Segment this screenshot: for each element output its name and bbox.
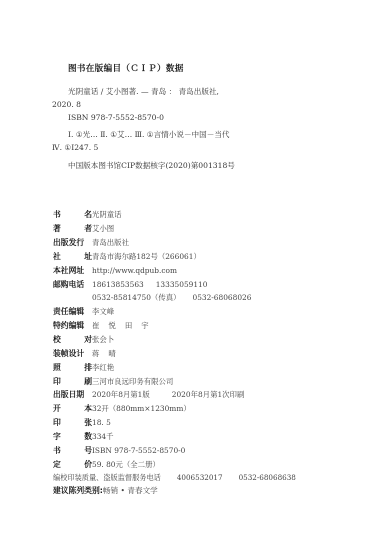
- imprint-row-sheets: 印张 18. 5: [53, 416, 353, 430]
- display-category-value: 畅销 • 青春文学: [103, 485, 158, 496]
- imprint-row-address: 社址 青岛市海尔路182号（266061）: [53, 250, 353, 264]
- value-sheets: 18. 5: [92, 418, 111, 427]
- value-designer: 蒋晴: [92, 348, 125, 359]
- cip-title: 图书在版编目（ＣＩＰ）数据: [68, 65, 184, 74]
- label-website: 本社网址: [53, 265, 92, 276]
- value-contract-editor: 崔悦田宇: [92, 320, 158, 331]
- imprint-table: 书名 光阴童话 著者 艾小图 出版发行 青岛出版社 社址 青岛市海尔路182号（…: [53, 208, 353, 498]
- imprint-row-isbn: 书号 ISBN 978-7-5552-8570-0: [53, 443, 353, 457]
- cip-classification-code: Ⅳ. ①I247. 5: [52, 144, 98, 152]
- imprint-row-typesetter: 照排 李红艳: [53, 360, 353, 374]
- value-website: http://www.qdpub.com: [92, 266, 177, 275]
- value-proofreader: 张会卜: [92, 334, 114, 345]
- label-word-count: 字数: [53, 431, 92, 442]
- imprint-row-printer: 印刷 三河市良远印务有限公司: [53, 374, 353, 388]
- value-title: 光阴童话: [92, 209, 122, 220]
- quality-hotline: 编校印装质量、盗版监督服务电话40065320170532-68068638: [53, 471, 353, 485]
- label-publisher: 出版发行: [53, 237, 92, 248]
- imprint-row-title: 书名 光阴童话: [53, 208, 353, 222]
- imprint-row-fax: 0532-85814750（传真）0532-68068026: [53, 291, 353, 305]
- imprint-row-contract-editor: 特约编辑 崔悦田宇: [53, 319, 353, 333]
- cip-catalog-date: 2020. 8: [52, 101, 81, 109]
- value-price: 59. 80元（全二册）: [92, 459, 160, 470]
- imprint-row-publisher: 出版发行 青岛出版社: [53, 236, 353, 250]
- imprint-row-proofreader: 校对 张会卜: [53, 333, 353, 347]
- value-address: 青岛市海尔路182号（266061）: [92, 251, 201, 262]
- value-isbn: ISBN 978-7-5552-8570-0: [92, 446, 185, 455]
- label-price: 定价: [53, 459, 92, 470]
- value-editor: 李文峰: [92, 306, 114, 317]
- imprint-row-word-count: 字数 334千: [53, 430, 353, 444]
- value-author: 艾小图: [92, 223, 114, 234]
- label-printer: 印刷: [53, 376, 92, 387]
- display-category: 建议陈列类别: 畅销 • 青春文学: [53, 484, 353, 498]
- label-editor: 责任编辑: [53, 306, 92, 317]
- label-contract-editor: 特约编辑: [53, 320, 92, 331]
- cip-record-number: 中国版本图书馆CIP数据核字(2020)第001318号: [68, 162, 235, 170]
- label-sheets: 印张: [53, 417, 92, 428]
- imprint-row-author: 著者 艾小图: [53, 222, 353, 236]
- value-printer: 三河市良远印务有限公司: [92, 376, 173, 387]
- quality-hotline-phone-b: 0532-68068638: [239, 473, 296, 482]
- value-word-count: 334千: [92, 431, 114, 442]
- imprint-row-format: 开本 32开（880mm×1230mm）: [53, 402, 353, 416]
- value-fax: 0532-85814750（传真）0532-68068026: [92, 292, 251, 303]
- value-publisher: 青岛出版社: [92, 237, 129, 248]
- label-format: 开本: [53, 403, 92, 414]
- cip-isbn: ISBN 978-7-5552-8570-0: [68, 114, 164, 122]
- quality-hotline-label: 编校印装质量、盗版监督服务电话: [53, 473, 161, 482]
- imprint-row-pub-date: 出版日期 2020年8月第1版2020年8月第1次印刷: [53, 388, 353, 402]
- label-author: 著者: [53, 223, 92, 234]
- label-typesetter: 照排: [53, 362, 92, 373]
- label-address: 社址: [53, 251, 92, 262]
- value-format: 32开（880mm×1230mm）: [92, 403, 191, 414]
- cip-catalog-line: 光阴童话 / 艾小图著. — 青岛 ： 青岛出版社,: [68, 88, 219, 96]
- imprint-row-order-phone: 邮购电话 1861385356313335059110: [53, 277, 353, 291]
- imprint-row-price: 定价 59. 80元（全二册）: [53, 457, 353, 471]
- imprint-row-editor: 责任编辑 李文峰: [53, 305, 353, 319]
- label-proofreader: 校对: [53, 334, 92, 345]
- display-category-label: 建议陈列类别:: [53, 485, 103, 496]
- label-isbn: 书号: [53, 445, 92, 456]
- cip-classification: Ⅰ. ①光… Ⅱ. ①艾… Ⅲ. ①言情小说－中国－当代: [68, 131, 230, 139]
- label-designer: 装帧设计: [53, 348, 92, 359]
- value-pub-date: 2020年8月第1版2020年8月第1次印刷: [92, 389, 244, 400]
- quality-hotline-phone-a: 4006532017: [177, 473, 223, 482]
- label-pub-date: 出版日期: [53, 389, 92, 400]
- imprint-row-designer: 装帧设计 蒋晴: [53, 346, 353, 360]
- label-order-phone: 邮购电话: [53, 279, 92, 290]
- imprint-row-website: 本社网址 http://www.qdpub.com: [53, 263, 353, 277]
- label-title: 书名: [53, 209, 92, 220]
- value-order-phone: 1861385356313335059110: [92, 280, 207, 289]
- value-typesetter: 李红艳: [92, 362, 114, 373]
